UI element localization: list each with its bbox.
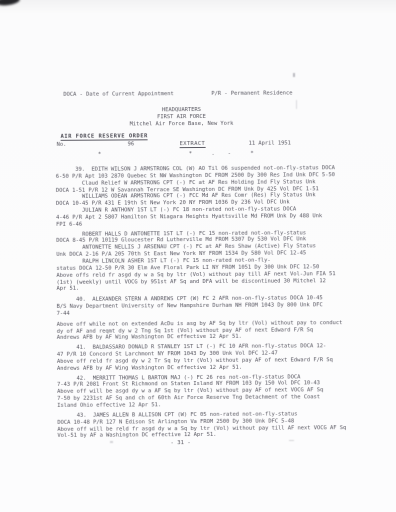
order-number: 96 xyxy=(128,141,135,147)
paragraph-block: 42. MERRITT THOMAS L BARTON MAJ (-) FC 2… xyxy=(57,374,349,410)
order-date: 11 April 1951 xyxy=(249,140,291,146)
paragraph-block: 41. BALDASSARO DONALD R STANLEY 1ST LT (… xyxy=(57,343,349,372)
body-line: Apr 51. xyxy=(56,284,348,293)
extract-label: EXTRACT xyxy=(180,141,206,148)
scanned-page: DOCA - Date of Current Appointment P/R -… xyxy=(0,0,396,512)
legend-doca: DOCA - Date of Current Appointment xyxy=(63,91,173,99)
document-content: DOCA - Date of Current Appointment P/R -… xyxy=(0,0,396,512)
body-line: Andrews AFB by AF Wing Washington DC eff… xyxy=(57,364,349,373)
body-line: Island Ohio effective 12 Apr 51. xyxy=(57,401,349,410)
order-number-label: No. xyxy=(57,142,67,148)
order-title: AIR FORCE RESERVE ORDER xyxy=(61,133,148,141)
paragraph-block: ROBERT HALLS D ANTONETTE 1ST LT (-) FC 1… xyxy=(56,230,348,293)
body-line: Andrews AFB by AF Wing Washington DC eff… xyxy=(57,333,349,342)
body-line: Vol-51 by AF a Washington DC effective 1… xyxy=(57,431,349,440)
legend-pr: P/R - Permanent Residence xyxy=(211,90,292,97)
paragraph-block: 43. JAMES ALLEN B ALLISON CPT (W) FC 05 … xyxy=(57,411,349,440)
document-body: 39. EDITH WILSON J ARMSTRONG COL (W) AO … xyxy=(56,165,350,440)
asterisk-separator: * * . - * xyxy=(56,151,254,159)
page-number: - 31 - xyxy=(170,440,190,447)
paragraph-block: 40. ALEXANDER STERN A ANDREWS CPT (W) FC… xyxy=(57,295,349,317)
paragraph-block: Above off while not on extended AcDu is … xyxy=(57,320,349,342)
paragraph-block: 39. EDITH WILSON J ARMSTRONG COL (W) AO … xyxy=(56,165,348,228)
headquarters-block: HEADQUARTERS FIRST AIR FORCE Mitchel Air… xyxy=(56,106,306,129)
